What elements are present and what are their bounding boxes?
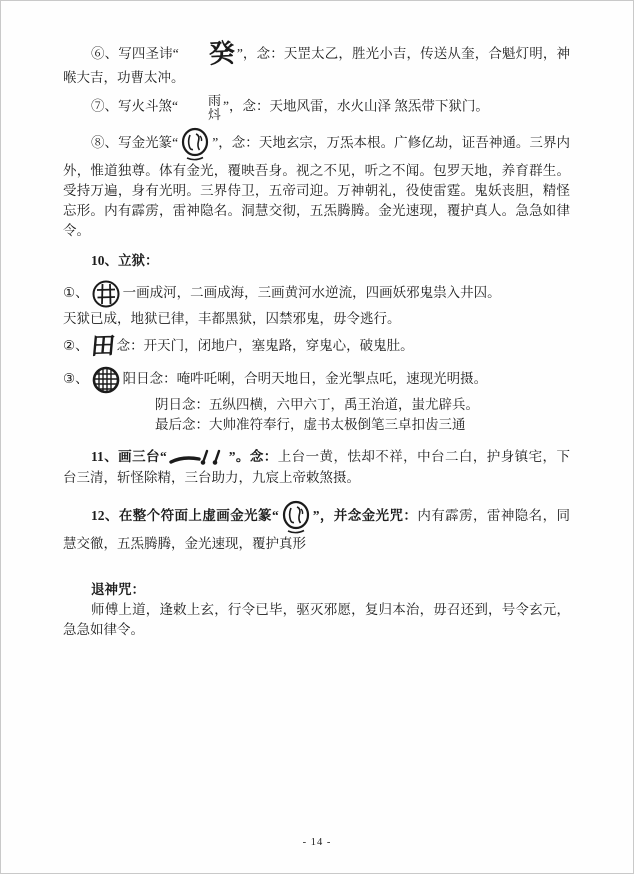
sub-2-marker: ②、 [63, 338, 89, 353]
item-8-pre: 写金光篆“ [118, 135, 178, 150]
item-11-lead-2: ”。念： [229, 449, 278, 464]
paragraph-item-12: 12、在整个符面上虚画金光篆“”，并念金光咒：内有霹雳，雷神隐名，同慧交徹，五炁… [63, 500, 570, 554]
paragraph-sub-1: ①、一画成河，二画成海，三画黄河水逆流，四画妖邪鬼祟入井囚。 [63, 279, 570, 309]
fire-dipper-glyph-bottom: 炓 [180, 108, 221, 122]
paragraph-sub-3-line-3: 最后念：大帅准符奉行，虚书太极倒笔三卓扣齿三通 [155, 415, 570, 435]
item-12-lead-2: ”，并念金光咒： [313, 508, 418, 523]
item-6-marker: ⑥、 [91, 46, 118, 61]
sub-1-marker: ①、 [63, 285, 89, 300]
item-7-marker: ⑦、 [91, 99, 118, 114]
golden-light-seal-glyph-2 [281, 500, 311, 534]
sub-3-marker: ③、 [63, 371, 89, 386]
sub-3-line-1: 阳日念：唵吽吒唎，合明天地日，金光掣点吒，速现光明摄。 [123, 371, 488, 386]
hatched-circle-glyph [91, 365, 121, 395]
paragraph-sub-3-line-2: 阴日念：五纵四横，六甲六丁，禹王治道，蚩尤辟兵。 [155, 395, 570, 415]
item-6-pre: 写四圣讳“ [118, 46, 179, 61]
item-12-lead-group: 12、在整个符面上虚画金光篆“”，并念金光咒： [91, 508, 417, 523]
item-11-lead-group: 11、画三台“”。念： [91, 449, 278, 464]
item-7-post: ”，念： [223, 99, 270, 114]
paragraph-item-7: ⑦、写火斗煞“雨炓”，念：天地风雷，水火山泽 煞炁带下狱门。 [63, 94, 570, 121]
retreat-mantra-heading: 退神咒： [63, 580, 570, 600]
paragraph-item-11: 11、画三台“”。念：上台一黄，怯却不祥，中台二白，护身镇宅，下台三清，斩怪除精… [63, 447, 570, 488]
paragraph-item-8: ⑧、写金光篆“”，念：天地玄宗，万炁本根。广修亿劫，证吾神通。三界内外，惟道独尊… [63, 127, 570, 241]
item-11-lead: 11、画三台“ [91, 449, 167, 464]
paragraph-item-6: ⑥、写四圣讳“癸”，念：天罡太乙，胜光小吉，传送从奎，合魁灯明，神喉大吉，功曹太… [63, 42, 570, 88]
three-terrace-glyph [169, 448, 227, 468]
paragraph-sub-1-line-2: 天狱已成，地狱已律，丰都黑狱，囚禁邪鬼，毋令逃行。 [63, 309, 570, 329]
sub-1-body: 一画成河，二画成海，三画黄河水逆流，四画妖邪鬼祟入井囚。 [123, 285, 501, 300]
paragraph-sub-3: ③、阳日念：唵吽吒唎，合明天地日，金光掣点吒，速现光明摄。 [63, 365, 570, 395]
fire-dipper-glyph-top: 雨 [180, 94, 221, 108]
page-number: - 14 - [0, 837, 634, 848]
paragraph-sub-2: ②、田念：开天门，闭地户，塞鬼路，穿鬼心，破鬼肚。 [63, 335, 570, 359]
field-glyph: 田 [90, 335, 116, 360]
item-7-body: 天地风雷，水火山泽 煞炁带下狱门。 [270, 99, 489, 114]
section-10-heading: 10、立狱： [63, 251, 570, 271]
item-12-lead: 12、在整个符面上虚画金光篆“ [91, 508, 279, 523]
item-8-post: ”，念： [212, 135, 259, 150]
four-saints-taboo-glyph: 癸 [180, 41, 235, 70]
item-7-pre: 写火斗煞“ [118, 99, 178, 114]
document-page: ⑥、写四圣讳“癸”，念：天罡太乙，胜光小吉，传送从奎，合魁灯明，神喉大吉，功曹太… [0, 0, 634, 874]
page-content: ⑥、写四圣讳“癸”，念：天罡太乙，胜光小吉，传送从奎，合魁灯明，神喉大吉，功曹太… [63, 42, 570, 640]
item-6-post: ”，念： [237, 46, 284, 61]
item-8-body: 天地玄宗，万炁本根。广修亿劫，证吾神通。三界内外，惟道独尊。体有金光，覆映吾身。… [63, 135, 570, 238]
retreat-mantra-body: 师傅上道，逢敕上玄，行令已毕，驱灭邪愿，复归本治，毋召还到，号令玄元，急急如律令… [63, 600, 570, 640]
sub-2-body: 念：开天门，闭地户，塞鬼路，穿鬼心，破鬼肚。 [117, 338, 414, 353]
fire-dipper-glyph: 雨炓 [180, 94, 221, 121]
circled-well-glyph [91, 279, 121, 309]
golden-light-seal-glyph [180, 127, 210, 161]
item-8-marker: ⑧、 [91, 135, 118, 150]
